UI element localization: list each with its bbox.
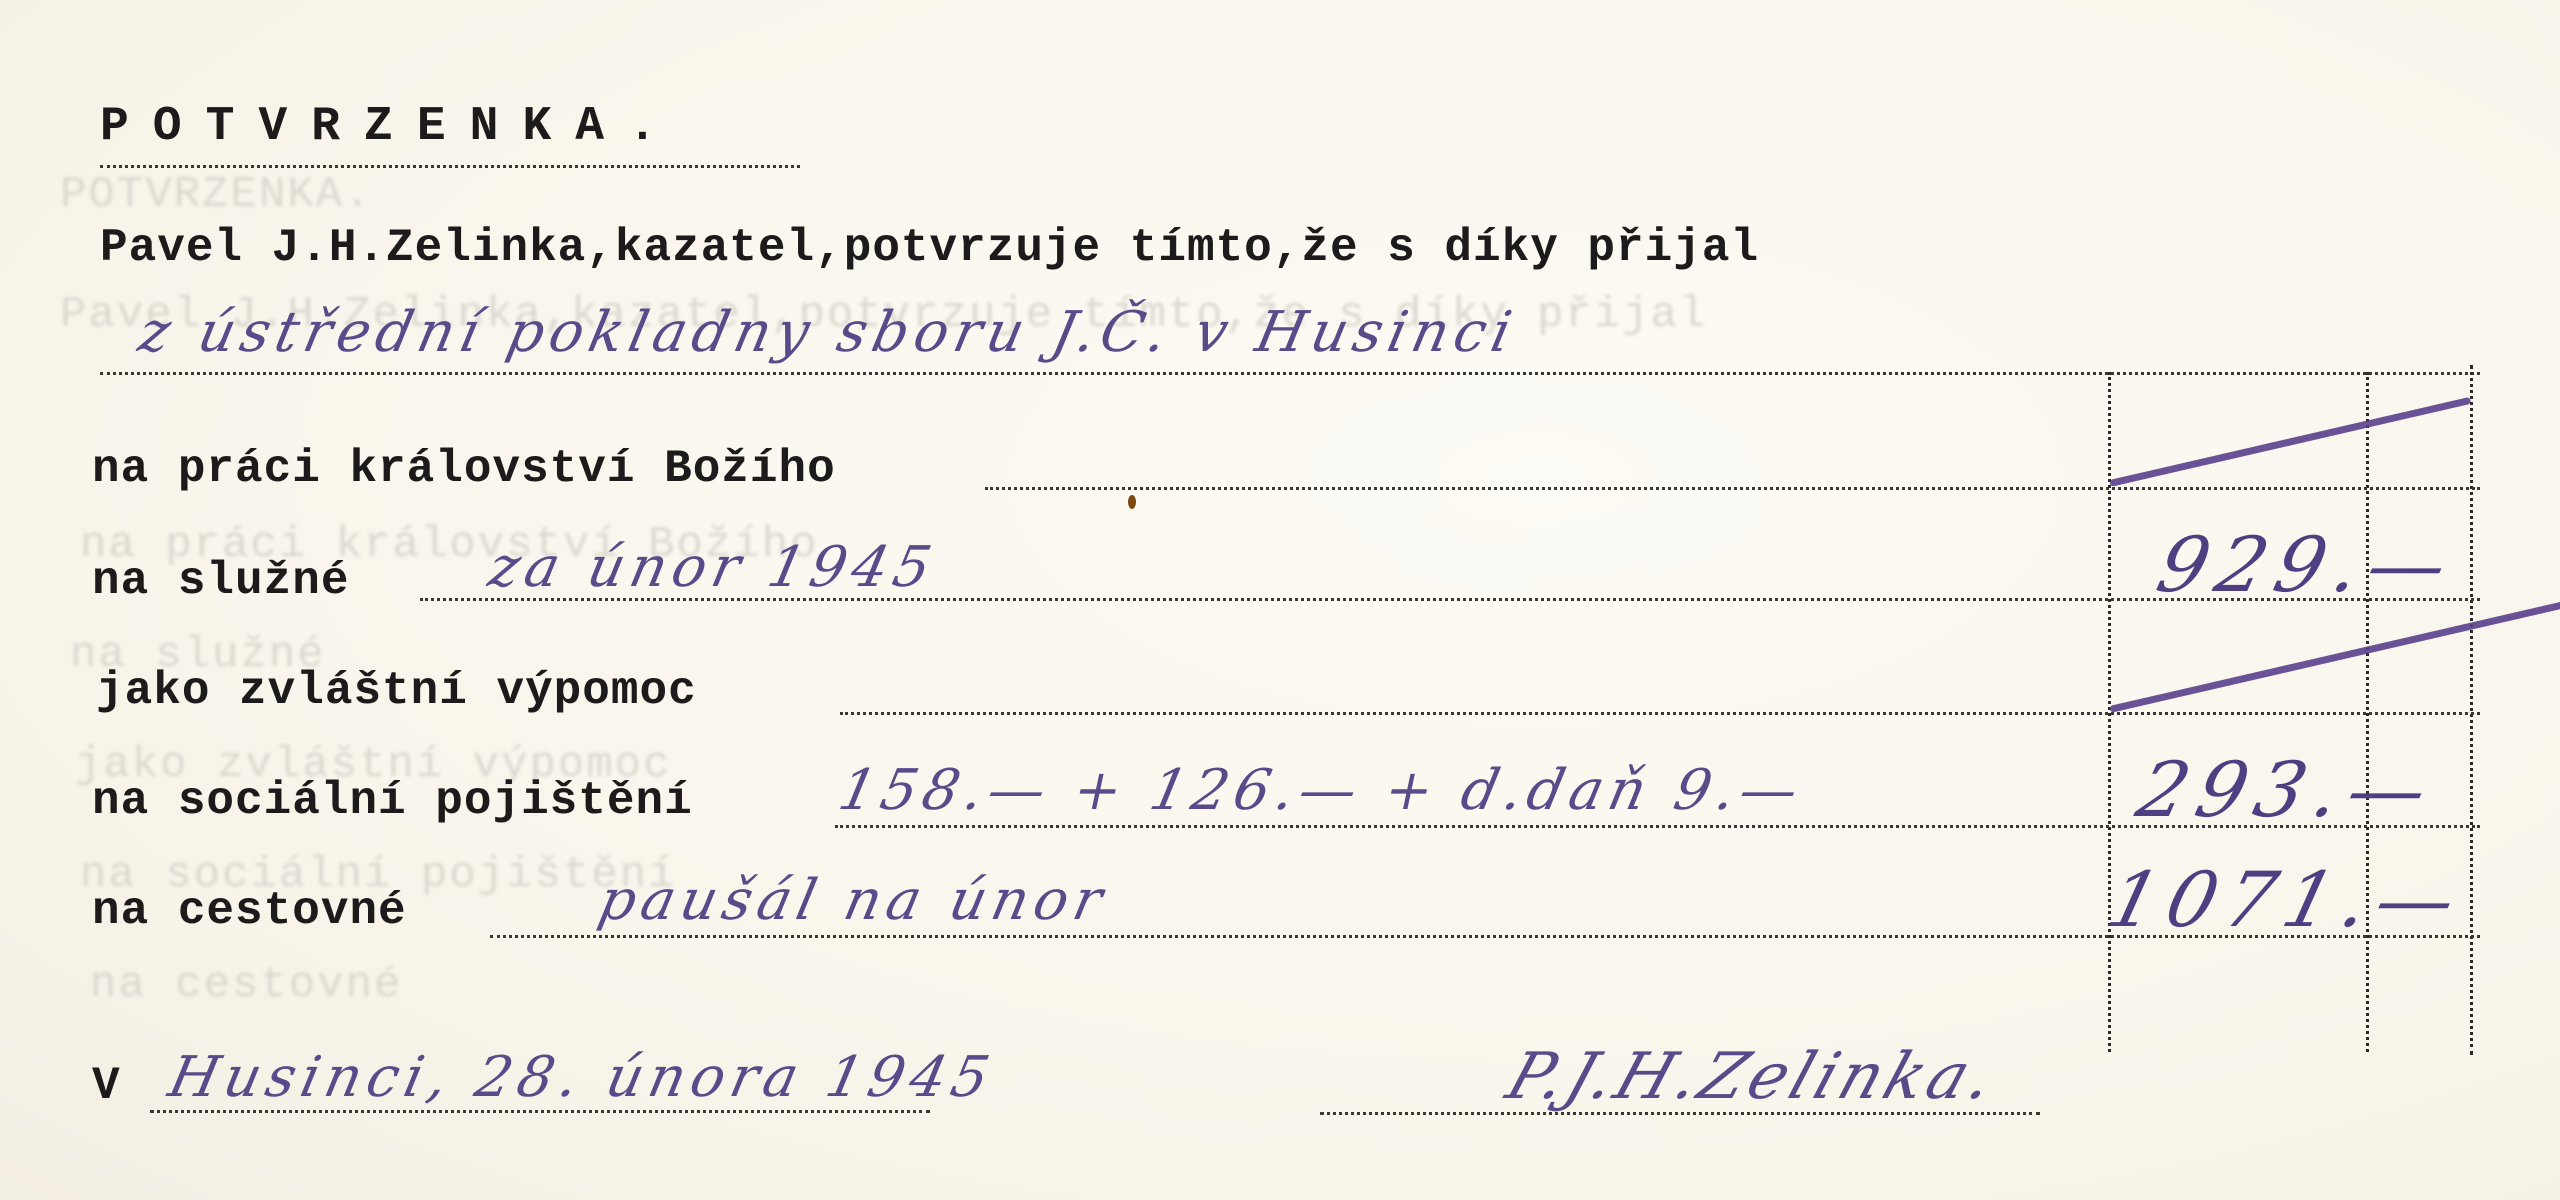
row-note-travel: paušál na únor bbox=[593, 868, 1114, 933]
document-title: POTVRZENKA. bbox=[100, 100, 681, 154]
intro-line: Pavel J.H.Zelinka,kazatel,potvrzuje tímt… bbox=[100, 222, 1759, 274]
row-amount-travel: 1071.— bbox=[2099, 855, 2475, 944]
row-amount-social-insurance: 293.— bbox=[2129, 745, 2446, 834]
signature-line bbox=[1320, 1112, 2040, 1115]
signature: P.J.H.Zelinka. bbox=[1498, 1040, 2007, 1114]
handwritten-source: z ústřední pokladny sboru J.Č. v Husinci bbox=[133, 300, 1523, 365]
grid-column-right bbox=[2470, 365, 2473, 1055]
bleed-through-title: POTVRZENKA. bbox=[60, 170, 372, 220]
row-label-travel: na cestovné bbox=[92, 885, 407, 937]
row-note-social-insurance: 158.— + 126.— + d.daň 9.— bbox=[833, 758, 1809, 823]
row-label-social-insurance: na sociální pojištění bbox=[92, 775, 693, 827]
place-prefix: V bbox=[92, 1060, 121, 1112]
row-label-kingdom-work: na práci království Božího bbox=[92, 443, 836, 495]
row-label-special-aid: jako zvláštní výpomoc bbox=[96, 665, 697, 717]
source-line bbox=[100, 372, 2480, 375]
bleed-through-row-5: na cestovné bbox=[90, 960, 402, 1010]
row-amount-salary: 929.— bbox=[2149, 520, 2466, 609]
ink-stain bbox=[1128, 495, 1136, 509]
row-line-kingdom-work bbox=[985, 487, 2480, 490]
place-date-line bbox=[150, 1110, 930, 1113]
place-date: Husinci, 28. února 1945 bbox=[163, 1045, 1000, 1110]
row-label-salary: na služné bbox=[92, 555, 349, 607]
row-note-salary: za únor 1945 bbox=[483, 535, 942, 600]
title-underline bbox=[100, 165, 800, 168]
row-line-special-aid bbox=[840, 712, 2480, 715]
